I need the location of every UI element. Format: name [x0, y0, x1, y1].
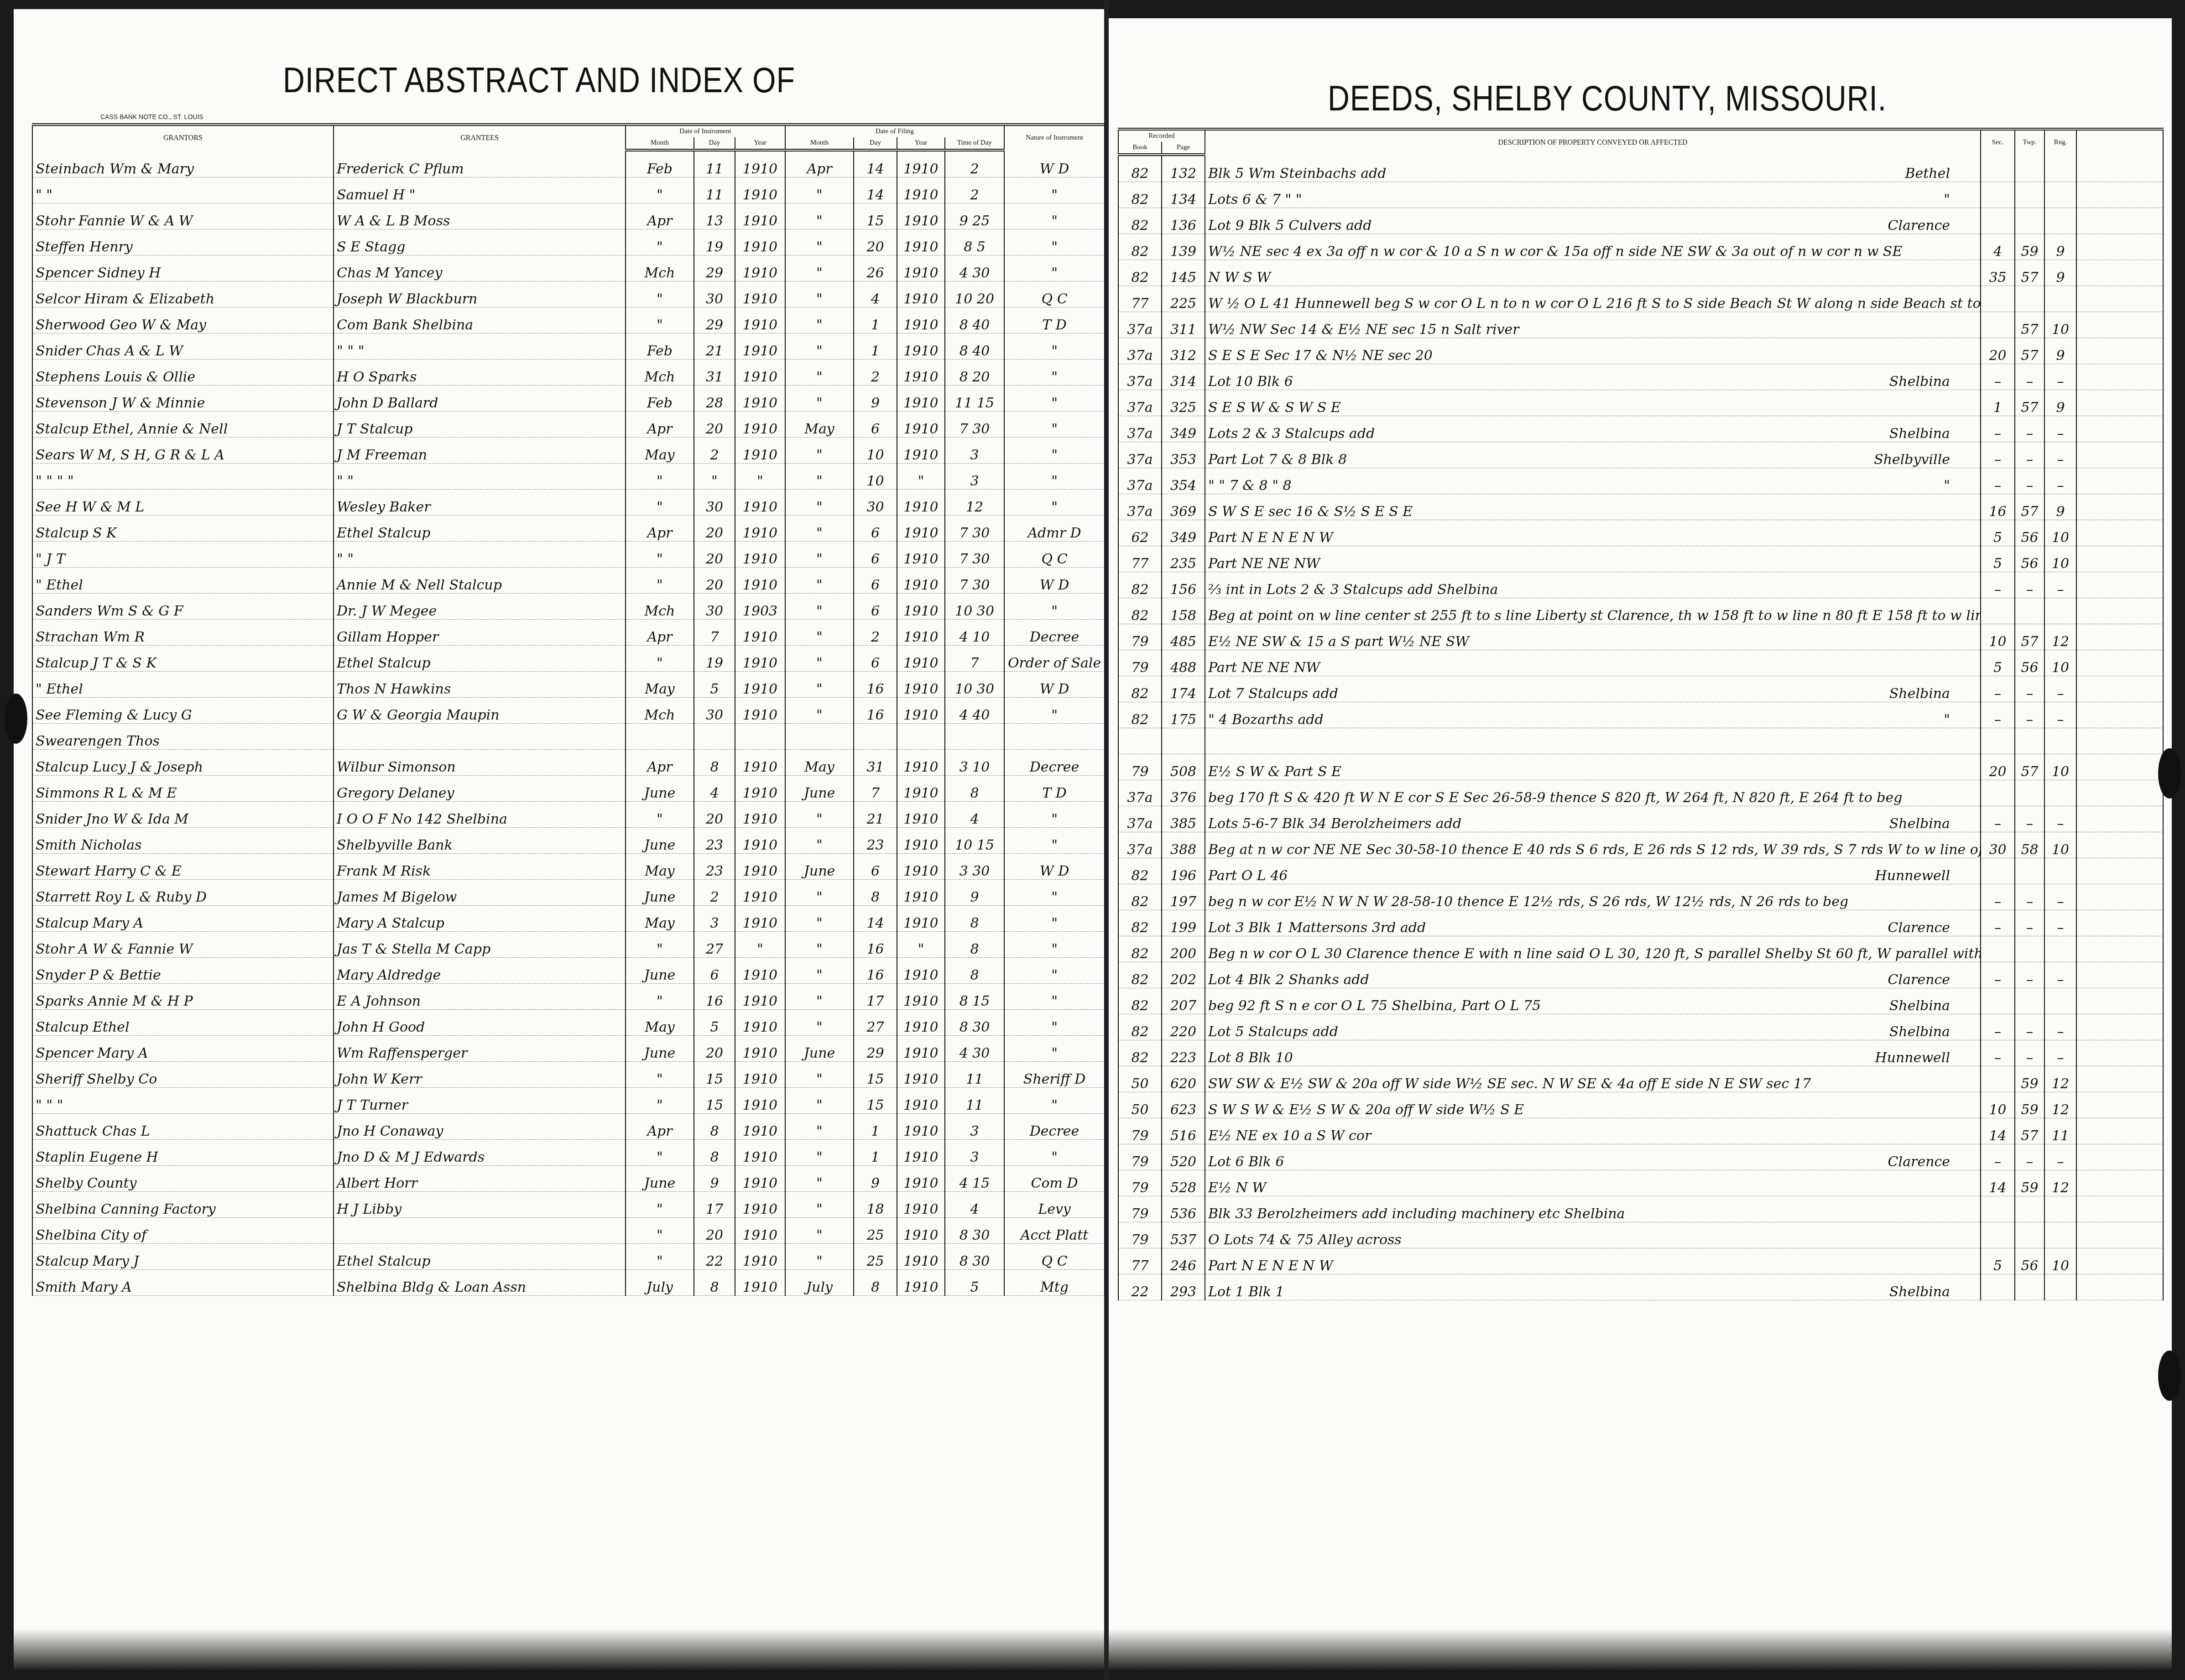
township-cell: [2015, 780, 2044, 806]
section-cell: [1981, 858, 2015, 884]
grantee-cell: Wesley Baker: [334, 490, 626, 516]
table-row: Selcor Hiram & ElizabethJoseph W Blackbu…: [32, 282, 1105, 308]
grantor-cell: Stalcup Mary A: [32, 906, 334, 932]
nature-of-instrument-cell: W D: [1004, 672, 1105, 698]
grantor-cell: Stalcup Ethel: [32, 1010, 334, 1036]
table-row: 37a312S E S E Sec 17 & N½ NE sec 2020579: [1118, 338, 2163, 364]
township-cell: –: [2015, 364, 2044, 390]
table-row: Stalcup J T & S KEthel Stalcup"191910"61…: [32, 646, 1105, 672]
page-cell: 485: [1162, 624, 1205, 650]
table-row: 79508E½ S W & Part S E205710: [1118, 754, 2163, 780]
page-cell: 132: [1162, 155, 1205, 182]
nature-of-instrument-cell: ": [1004, 906, 1105, 932]
table-row: Spencer Mary AWm RaffenspergerJune201910…: [32, 1036, 1105, 1062]
town-cell: [2076, 364, 2163, 390]
instrument-year-cell: 1910: [735, 1192, 785, 1218]
town-cell: [2076, 1118, 2163, 1144]
filing-day-cell: 9: [854, 386, 897, 412]
description-text: E½ S W & Part S E: [1208, 764, 1341, 780]
town-cell: [2076, 1248, 2163, 1274]
table-row: Sherwood Geo W & MayCom Bank Shelbina"29…: [32, 308, 1105, 334]
range-cell: 10: [2044, 546, 2076, 572]
range-cell: 9: [2044, 260, 2076, 286]
town-cell: [2076, 416, 2163, 442]
grantor-cell: Steinbach Wm & Mary: [32, 150, 334, 177]
nature-of-instrument-cell: ": [1004, 932, 1105, 958]
table-row: 82223Lot 8 Blk 10Hunnewell–––: [1118, 1040, 2163, 1066]
filing-year-cell: 1910: [897, 620, 945, 646]
nature-of-instrument-cell: Decree: [1004, 1114, 1105, 1140]
instrument-day-cell: 30: [694, 490, 735, 516]
filing-month-cell: May: [785, 412, 854, 438]
section-cell: [1981, 1274, 2015, 1300]
filing-year-cell: 1910: [897, 646, 945, 672]
filing-month-cell: ": [785, 334, 854, 360]
filing-day-cell: 17: [854, 984, 897, 1010]
description-text: Blk 5 Wm Steinbachs add: [1208, 166, 1387, 182]
book-cell: 82: [1118, 234, 1162, 260]
table-row: 82132Blk 5 Wm Steinbachs addBethel: [1118, 155, 2163, 182]
filing-year-cell: 1910: [897, 1010, 945, 1036]
grantee-cell: Ethel Stalcup: [334, 646, 626, 672]
filing-day-cell: 31: [854, 750, 897, 776]
instrument-year-cell: ": [735, 464, 785, 490]
filing-day-cell: 6: [854, 594, 897, 620]
filing-day-cell: 6: [854, 568, 897, 594]
time-of-day-cell: 4 30: [945, 256, 1004, 282]
page-cell: 508: [1162, 754, 1205, 780]
grantee-cell: Gregory Delaney: [334, 776, 626, 802]
page-cell: 312: [1162, 338, 1205, 364]
instrument-month-cell: ": [626, 308, 694, 334]
time-of-day-cell: 7 30: [945, 568, 1004, 594]
table-row: 82134Lots 6 & 7 " "": [1118, 182, 2163, 208]
town-cell: [2076, 936, 2163, 962]
instrument-year-cell: 1910: [735, 1244, 785, 1270]
township-cell: 56: [2015, 650, 2044, 676]
filing-month-cell: June: [785, 854, 854, 880]
grantee-cell: " " ": [334, 334, 626, 360]
table-row: 82197beg n w cor E½ N W N W 28-58-10 the…: [1118, 884, 2163, 910]
nature-of-instrument-cell: ": [1004, 802, 1105, 828]
filing-year-cell: 1910: [897, 1062, 945, 1088]
nature-of-instrument-cell: Order of Sale: [1004, 646, 1105, 672]
section-cell: –: [1981, 962, 2015, 988]
description-cell: Lots 6 & 7 " "": [1205, 182, 1981, 208]
township-cell: [2015, 182, 2044, 208]
nature-of-instrument-cell: ": [1004, 438, 1105, 464]
town-cell: [2076, 754, 2163, 780]
section-cell: –: [1981, 1040, 2015, 1066]
description-cell: S E S E Sec 17 & N½ NE sec 20: [1205, 338, 1981, 364]
header-sec: Sec.: [1981, 129, 2015, 155]
range-cell: –: [2044, 1040, 2076, 1066]
township-cell: –: [2015, 442, 2044, 468]
instrument-day-cell: 20: [694, 542, 735, 568]
filing-month-cell: May: [785, 750, 854, 776]
grantee-cell: W A & L B Moss: [334, 203, 626, 230]
filing-year-cell: 1910: [897, 150, 945, 177]
description-text: SW SW & E½ SW & 20a off W side W½ SE sec…: [1208, 1076, 1811, 1092]
table-row: 79488Part NE NE NW55610: [1118, 650, 2163, 676]
grantor-cell: " Ethel: [32, 568, 334, 594]
table-row: 82207beg 92 ft S n e cor O L 75 Shelbina…: [1118, 988, 2163, 1014]
description-text: S W S W & E½ S W & 20a off W side W½ S E: [1208, 1102, 1524, 1118]
description-cell: Lot 9 Blk 5 Culvers addClarence: [1205, 208, 1981, 234]
filing-month-cell: ": [785, 880, 854, 906]
table-row: 82199Lot 3 Blk 1 Mattersons 3rd addClare…: [1118, 910, 2163, 936]
page-cell: 197: [1162, 884, 1205, 910]
instrument-month-cell: Apr: [626, 620, 694, 646]
book-cell: 79: [1118, 1222, 1162, 1248]
instrument-month-cell: ": [626, 1218, 694, 1244]
instrument-year-cell: 1910: [735, 360, 785, 386]
filing-month-cell: ": [785, 802, 854, 828]
town-cell: [2076, 208, 2163, 234]
section-cell: –: [1981, 416, 2015, 442]
section-cell: –: [1981, 468, 2015, 494]
table-row: 79516E½ NE ex 10 a S W cor145711: [1118, 1118, 2163, 1144]
header-page: Page: [1162, 142, 1205, 155]
table-row: 77235Part NE NE NW55610: [1118, 546, 2163, 572]
book-cell: 37a: [1118, 416, 1162, 442]
description-text: Lot 8 Blk 10: [1208, 1050, 1293, 1066]
left-ledger-body: Steinbach Wm & MaryFrederick C PflumFeb1…: [32, 150, 1105, 1296]
grantor-cell: Stalcup Ethel, Annie & Nell: [32, 412, 334, 438]
description-cell: E½ N W: [1205, 1170, 1981, 1196]
instrument-day-cell: 30: [694, 698, 735, 724]
description-text: S E S E Sec 17 & N½ NE sec 20: [1208, 348, 1433, 364]
table-row: " " "J T Turner"151910"15191011": [32, 1088, 1105, 1114]
page-cell: 314: [1162, 364, 1205, 390]
table-row: Steffen HenryS E Stagg"191910"2019108 5": [32, 230, 1105, 256]
description-cell: S W S E sec 16 & S½ S E S E: [1205, 494, 1981, 520]
filing-day-cell: 8: [854, 880, 897, 906]
instrument-month-cell: Feb: [626, 150, 694, 177]
instrument-year-cell: 1910: [735, 1166, 785, 1192]
description-text: Part N E N E N W: [1208, 1258, 1333, 1274]
description-cell: W ½ O L 41 Hunnewell beg S w cor O L n t…: [1205, 286, 1981, 312]
filing-day-cell: 16: [854, 932, 897, 958]
book-cell: 37a: [1118, 494, 1162, 520]
description-cell: O Lots 74 & 75 Alley across: [1205, 1222, 1981, 1248]
instrument-year-cell: 1910: [735, 412, 785, 438]
instrument-day-cell: 28: [694, 386, 735, 412]
grantor-table: GRANTORS GRANTEES Date of Instrument Dat…: [32, 123, 1105, 1296]
township-cell: [2015, 1274, 2044, 1300]
section-cell: –: [1981, 702, 2015, 728]
book-cell: 79: [1118, 1196, 1162, 1222]
table-row: 77246Part N E N E N W55610: [1118, 1248, 2163, 1274]
filing-month-cell: July: [785, 1270, 854, 1296]
table-row: 82139W½ NE sec 4 ex 3a off n w cor & 10 …: [1118, 234, 2163, 260]
filing-day-cell: 20: [854, 230, 897, 256]
grantor-cell: Stalcup S K: [32, 516, 334, 542]
section-cell: [1981, 988, 2015, 1014]
page-cell: [1162, 728, 1205, 754]
town-cell: [2076, 260, 2163, 286]
book-cell: 79: [1118, 1170, 1162, 1196]
filing-month-cell: ": [785, 386, 854, 412]
nature-of-instrument-cell: Com D: [1004, 1166, 1105, 1192]
range-cell: –: [2044, 572, 2076, 598]
grantor-cell: Stohr A W & Fannie W: [32, 932, 334, 958]
filing-day-cell: 6: [854, 412, 897, 438]
town-cell: [2076, 728, 2163, 754]
table-row: Smith Mary AShelbina Bldg & Loan AssnJul…: [32, 1270, 1105, 1296]
section-cell: 14: [1981, 1118, 2015, 1144]
page-cell: 520: [1162, 1144, 1205, 1170]
grantee-cell: J T Stalcup: [334, 412, 626, 438]
page-cell: 620: [1162, 1066, 1205, 1092]
township-cell: –: [2015, 1144, 2044, 1170]
time-of-day-cell: 7: [945, 646, 1004, 672]
page-cell: 220: [1162, 1014, 1205, 1040]
description-cell: Blk 33 Berolzheimers add including machi…: [1205, 1196, 1981, 1222]
range-cell: [2044, 780, 2076, 806]
header-file-year: Year: [897, 137, 945, 150]
table-row: 82200Beg n w cor O L 30 Clarence thence …: [1118, 936, 2163, 962]
filing-month-cell: Apr: [785, 150, 854, 177]
description-cell: Beg at point on w line center st 255 ft …: [1205, 598, 1981, 624]
range-cell: 11: [2044, 1118, 2076, 1144]
filing-day-cell: 30: [854, 490, 897, 516]
instrument-month-cell: ": [626, 802, 694, 828]
time-of-day-cell: 8: [945, 776, 1004, 802]
township-cell: [2015, 208, 2044, 234]
table-row: 22293Lot 1 Blk 1Shelbina: [1118, 1274, 2163, 1300]
grantor-cell: Sherwood Geo W & May: [32, 308, 334, 334]
table-row: 37a314Lot 10 Blk 6Shelbina–––: [1118, 364, 2163, 390]
filing-day-cell: 1: [854, 1140, 897, 1166]
township-cell: 57: [2015, 624, 2044, 650]
grantee-cell: G W & Georgia Maupin: [334, 698, 626, 724]
town-cell: [2076, 598, 2163, 624]
instrument-day-cell: 30: [694, 594, 735, 620]
time-of-day-cell: 8 40: [945, 308, 1004, 334]
range-cell: 10: [2044, 754, 2076, 780]
grantor-cell: Stephens Louis & Ollie: [32, 360, 334, 386]
range-cell: 10: [2044, 520, 2076, 546]
table-row: 82175" 4 Bozarths add"–––: [1118, 702, 2163, 728]
filing-day-cell: 14: [854, 150, 897, 177]
section-cell: –: [1981, 442, 2015, 468]
book-cell: 77: [1118, 1248, 1162, 1274]
filing-month-cell: ": [785, 490, 854, 516]
grantee-cell: Shelbina Bldg & Loan Assn: [334, 1270, 626, 1296]
nature-of-instrument-cell: W D: [1004, 854, 1105, 880]
instrument-year-cell: 1910: [735, 880, 785, 906]
description-cell: Blk 5 Wm Steinbachs addBethel: [1205, 155, 1981, 182]
table-row: Sanders Wm S & G FDr. J W MegeeMch301903…: [32, 594, 1105, 620]
table-row: Shelby CountyAlbert HorrJune91910"919104…: [32, 1166, 1105, 1192]
book-cell: 82: [1118, 182, 1162, 208]
table-row: 77225W ½ O L 41 Hunnewell beg S w cor O …: [1118, 286, 2163, 312]
town-cell: [2076, 546, 2163, 572]
town-name: ": [1944, 192, 1977, 208]
town-name: Shelbyville: [1874, 452, 1977, 468]
page-cell: 156: [1162, 572, 1205, 598]
grantee-cell: Gillam Hopper: [334, 620, 626, 646]
town-name: Shelbina: [1889, 686, 1977, 702]
table-row: Sheriff Shelby CoJohn W Kerr"151910"1519…: [32, 1062, 1105, 1088]
book-cell: 82: [1118, 910, 1162, 936]
grantee-cell: S E Stagg: [334, 230, 626, 256]
book-cell: 22: [1118, 1274, 1162, 1300]
table-row: Staplin Eugene HJno D & M J Edwards"8191…: [32, 1140, 1105, 1166]
instrument-year-cell: 1910: [735, 906, 785, 932]
instrument-month-cell: Mch: [626, 698, 694, 724]
nature-of-instrument-cell: ": [1004, 334, 1105, 360]
instrument-year-cell: 1910: [735, 828, 785, 854]
table-row: 37a311W½ NW Sec 14 & E½ NE sec 15 n Salt…: [1118, 312, 2163, 338]
town-name: Hunnewell: [1875, 868, 1978, 884]
grantee-cell: Wilbur Simonson: [334, 750, 626, 776]
description-text: Part NE NE NW: [1208, 660, 1320, 676]
town-cell: [2076, 1196, 2163, 1222]
town-cell: [2076, 1092, 2163, 1118]
instrument-month-cell: ": [626, 490, 694, 516]
township-cell: 56: [2015, 1248, 2044, 1274]
grantor-cell: Starrett Roy L & Ruby D: [32, 880, 334, 906]
township-cell: 57: [2015, 260, 2044, 286]
filing-month-cell: ": [785, 906, 854, 932]
instrument-year-cell: 1910: [735, 1010, 785, 1036]
filing-year-cell: 1910: [897, 906, 945, 932]
instrument-month-cell: June: [626, 880, 694, 906]
filing-month-cell: June: [785, 776, 854, 802]
time-of-day-cell: 4 10: [945, 620, 1004, 646]
book-cell: 79: [1118, 1118, 1162, 1144]
table-row: 79537O Lots 74 & 75 Alley across: [1118, 1222, 2163, 1248]
book-cell: 82: [1118, 884, 1162, 910]
instrument-year-cell: 1910: [735, 490, 785, 516]
range-cell: [2044, 988, 2076, 1014]
instrument-month-cell: ": [626, 1244, 694, 1270]
description-text: W½ NE sec 4 ex 3a off n w cor & 10 a S n…: [1208, 244, 1902, 260]
book-cell: 82: [1118, 572, 1162, 598]
filing-day-cell: 15: [854, 1088, 897, 1114]
filing-year-cell: 1910: [897, 516, 945, 542]
book-cell: 37a: [1118, 442, 1162, 468]
description-cell: " " 7 & 8 " 8": [1205, 468, 1981, 494]
header-book: Book: [1118, 142, 1162, 155]
filing-day-cell: 6: [854, 854, 897, 880]
description-text: Lot 9 Blk 5 Culvers add: [1208, 218, 1371, 234]
table-row: Stalcup Ethel, Annie & NellJ T StalcupAp…: [32, 412, 1105, 438]
instrument-year-cell: 1910: [735, 230, 785, 256]
table-row: Sears W M, S H, G R & L AJ M FreemanMay2…: [32, 438, 1105, 464]
filing-month-cell: ": [785, 932, 854, 958]
time-of-day-cell: 8: [945, 958, 1004, 984]
description-cell: Lot 7 Stalcups addShelbina: [1205, 676, 1981, 702]
table-row: " EthelAnnie M & Nell Stalcup"201910"619…: [32, 568, 1105, 594]
grantee-cell: H O Sparks: [334, 360, 626, 386]
instrument-day-cell: 8: [694, 750, 735, 776]
town-cell: [2076, 338, 2163, 364]
filing-year-cell: 1910: [897, 776, 945, 802]
town-cell: [2076, 962, 2163, 988]
filing-month-cell: ": [785, 1062, 854, 1088]
time-of-day-cell: 4: [945, 1192, 1004, 1218]
grantor-cell: Stalcup J T & S K: [32, 646, 334, 672]
section-cell: [1981, 936, 2015, 962]
description-text: Lot 10 Blk 6: [1208, 374, 1293, 390]
instrument-day-cell: 8: [694, 1114, 735, 1140]
grantee-cell: Albert Horr: [334, 1166, 626, 1192]
nature-of-instrument-cell: ": [1004, 464, 1105, 490]
town-name: ": [1944, 712, 1977, 728]
description-cell: Lot 1 Blk 1Shelbina: [1205, 1274, 1981, 1300]
grantee-cell: John H Good: [334, 1010, 626, 1036]
filing-day-cell: [854, 724, 897, 750]
section-cell: 20: [1981, 338, 2015, 364]
instrument-day-cell: 15: [694, 1062, 735, 1088]
description-text: " " 7 & 8 " 8: [1208, 478, 1292, 494]
instrument-month-cell: ": [626, 1062, 694, 1088]
range-cell: 9: [2044, 390, 2076, 416]
instrument-month-cell: May: [626, 1010, 694, 1036]
page-cell: 516: [1162, 1118, 1205, 1144]
grantee-cell: E A Johnson: [334, 984, 626, 1010]
township-cell: 59: [2015, 234, 2044, 260]
description-cell: Part NE NE NW: [1205, 650, 1981, 676]
instrument-year-cell: 1910: [735, 203, 785, 230]
instrument-year-cell: 1910: [735, 1088, 785, 1114]
filing-year-cell: 1910: [897, 958, 945, 984]
section-cell: 10: [1981, 624, 2015, 650]
town-name: Shelbina: [1889, 1024, 1977, 1040]
township-cell: [2015, 988, 2044, 1014]
header-nature: Nature of Instrument: [1004, 125, 1105, 150]
nature-of-instrument-cell: Decree: [1004, 750, 1105, 776]
township-cell: –: [2015, 1040, 2044, 1066]
page-cell: 202: [1162, 962, 1205, 988]
instrument-year-cell: 1910: [735, 672, 785, 698]
town-cell: [2076, 988, 2163, 1014]
filing-day-cell: 6: [854, 646, 897, 672]
table-row: 37a376beg 170 ft S & 420 ft W N E cor S …: [1118, 780, 2163, 806]
instrument-year-cell: ": [735, 932, 785, 958]
nature-of-instrument-cell: [1004, 724, 1105, 750]
instrument-day-cell: 20: [694, 516, 735, 542]
table-row: Stalcup Mary JEthel Stalcup"221910"25191…: [32, 1244, 1105, 1270]
instrument-year-cell: 1910: [735, 1140, 785, 1166]
range-cell: [2044, 936, 2076, 962]
page-cell: 136: [1162, 208, 1205, 234]
township-cell: 57: [2015, 338, 2044, 364]
instrument-month-cell: June: [626, 958, 694, 984]
description-cell: Beg n w cor O L 30 Clarence thence E wit…: [1205, 936, 1981, 962]
description-cell: [1205, 728, 1981, 754]
filing-month-cell: ": [785, 256, 854, 282]
book-cell: 82: [1118, 1014, 1162, 1040]
grantee-cell: Mary Aldredge: [334, 958, 626, 984]
instrument-day-cell: 11: [694, 150, 735, 177]
instrument-month-cell: ": [626, 542, 694, 568]
instrument-day-cell: 21: [694, 334, 735, 360]
nature-of-instrument-cell: Q C: [1004, 1244, 1105, 1270]
grantee-cell: Jno D & M J Edwards: [334, 1140, 626, 1166]
header-inst-year: Year: [735, 137, 785, 150]
grantee-cell: John W Kerr: [334, 1062, 626, 1088]
instrument-year-cell: 1910: [735, 802, 785, 828]
grantor-cell: Selcor Hiram & Elizabeth: [32, 282, 334, 308]
range-cell: 12: [2044, 1092, 2076, 1118]
town-name: Shelbina: [1889, 1284, 1977, 1300]
range-cell: –: [2044, 1014, 2076, 1040]
book-cell: 82: [1118, 598, 1162, 624]
